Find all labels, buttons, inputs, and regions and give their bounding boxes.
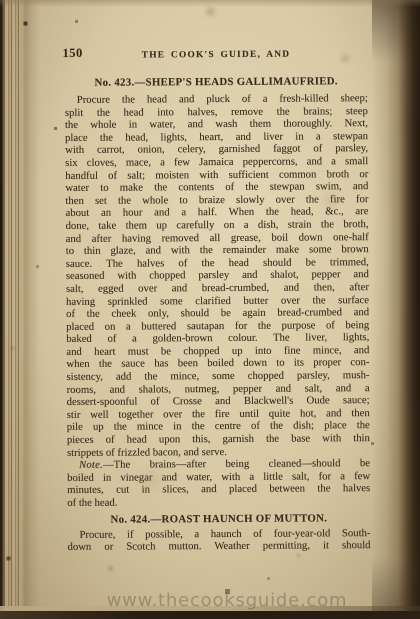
website-watermark: www.thecooksguide.com: [0, 590, 420, 611]
page-text-column: 150 THE COOK'S GUIDE, AND No. 423.—SHEEP…: [64, 45, 370, 554]
scanned-book-page: 150 THE COOK'S GUIDE, AND No. 423.—SHEEP…: [0, 0, 420, 619]
page-number: 150: [62, 47, 82, 60]
text-line: pieces of head upon this, garnish the ba…: [67, 432, 370, 446]
page-top-edge: [0, 0, 420, 7]
text-line: done, take them up carefully on a dish, …: [66, 218, 369, 232]
recipe-423-heading: No. 423.—SHEEP'S HEADS GALLIMAUFRIED.: [65, 75, 368, 90]
note-paragraph: Note.—The brains—after being cleaned—sho…: [67, 457, 370, 509]
text-line: six cloves, mace, a few Jamaica pepperco…: [65, 155, 368, 169]
book-binding-edge: [0, 0, 40, 619]
note-first-line-rest: —The brains—after being cleaned—should b…: [103, 457, 370, 471]
recipe-424-body-paragraph: Procure, if possible, a haunch of four-y…: [67, 527, 370, 554]
text-line: down or Scotch mutton. Weather permittin…: [67, 539, 370, 553]
text-line: minutes, cut in slices, and placed betwe…: [67, 482, 370, 496]
page-bottom-dark-edge: [0, 611, 420, 619]
recipe-423-body-paragraph: Procure the head and pluck of a fresh-ki…: [65, 92, 370, 459]
recipe-424-heading: No. 424.—ROAST HAUNCH OF MUTTON.: [67, 512, 370, 527]
text-line: of the head.: [67, 495, 370, 509]
running-header: THE COOK'S GUIDE, AND: [64, 45, 367, 62]
note-lead-italic: Note.: [79, 459, 103, 471]
page-right-shadow-edge: [372, 0, 420, 619]
page-header: 150 THE COOK'S GUIDE, AND: [64, 45, 367, 61]
text-line: salt, egged over and bread-crumbed, and …: [66, 281, 369, 295]
note-continuation-lines: boiled in vinegar and water, with a litt…: [67, 470, 370, 510]
